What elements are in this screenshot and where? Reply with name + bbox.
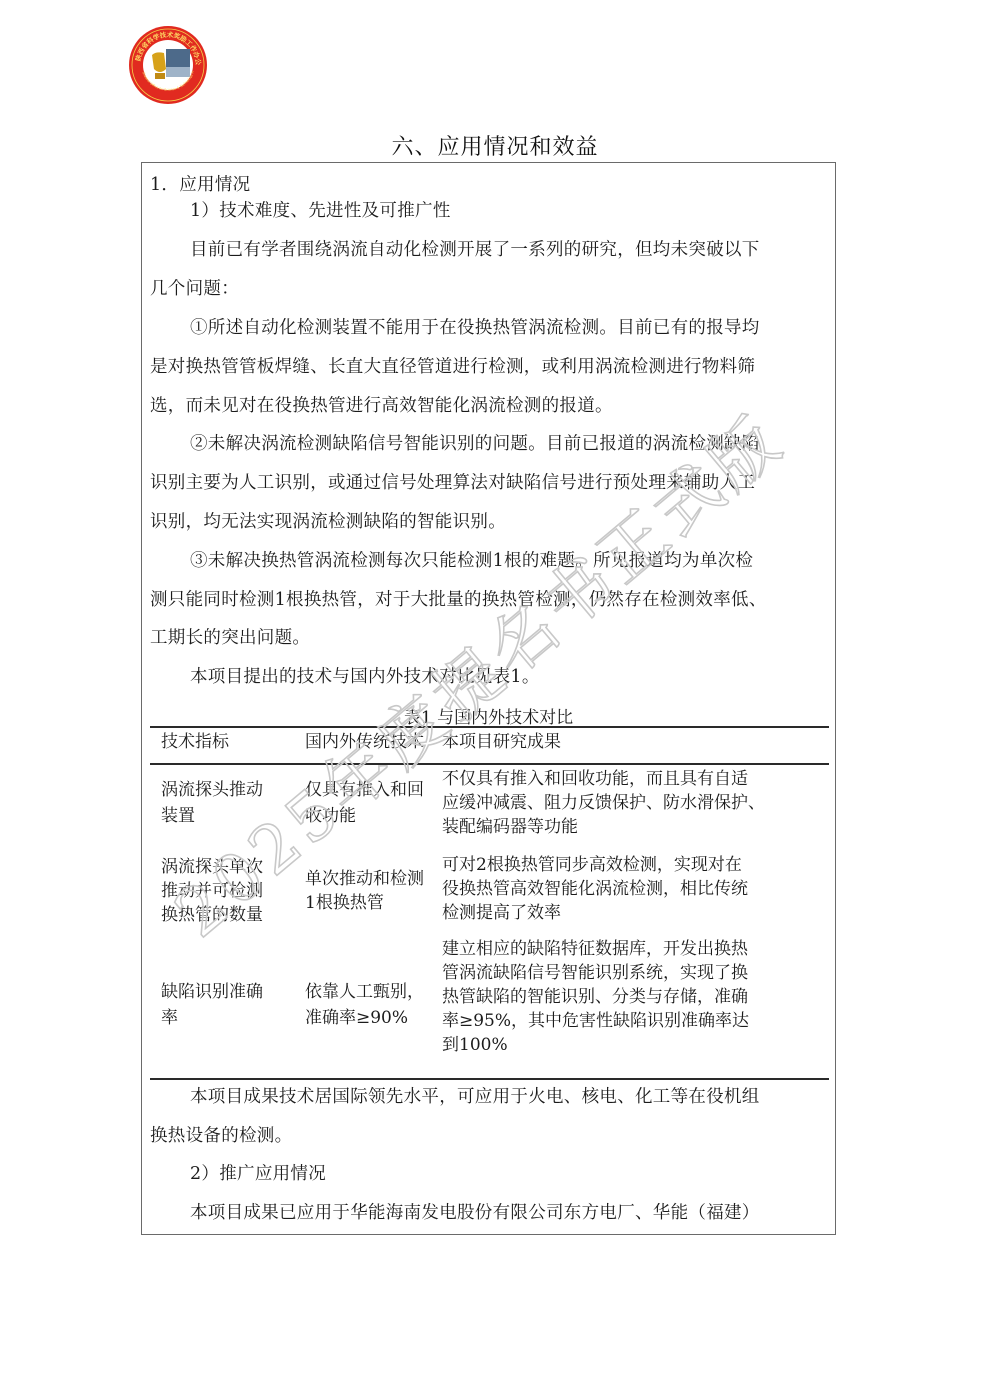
section-heading: 1．应用情况 (150, 171, 250, 196)
table-bottom-rule (150, 1078, 829, 1080)
award-office-seal-logo: 陕西省科学技术奖励工作办公室 Shaanxi Office for Scienc… (128, 25, 208, 105)
page-title: 六、应用情况和效益 (0, 130, 990, 161)
cell-result-line: 建立相应的缺陷特征数据库，开发出换热 (442, 937, 749, 961)
table-header-indicator: 技术指标 (161, 730, 229, 754)
cell-result-line: 率≥95%，其中危害性缺陷识别准确率达 (442, 1009, 749, 1033)
paragraph-line: 换热设备的检测。 (150, 1122, 292, 1147)
paragraph-line: 选，而未见对在役换热管进行高效智能化涡流检测的报道。 (150, 392, 613, 417)
cell-result-line: 检测提高了效率 (442, 901, 748, 925)
table-header-result: 本项目研究成果 (442, 730, 561, 754)
cell-traditional-line: 收功能 (305, 804, 424, 828)
cell-indicator-line: 换热管的数量 (161, 903, 263, 927)
cell-indicator-line: 推动并可检测 (161, 879, 263, 903)
cell-result-line: 应缓冲减震、阻力反馈保护、防水滑保护、 (442, 791, 765, 815)
paragraph-line: 识别，均无法实现涡流检测缺陷的智能识别。 (150, 508, 506, 533)
paragraph-line: 识别主要为人工识别，或通过信号处理算法对缺陷信号进行预处理来辅助人工 (150, 469, 755, 494)
paragraph-line: 本项目成果技术居国际领先水平，可应用于火电、核电、化工等在役机组 (190, 1083, 760, 1108)
paragraph-line: ③未解决换热管涡流检测每次只能检测1根的难题。所见报道均为单次检 (190, 547, 753, 572)
subsection-heading-1: 1）技术难度、先进性及可推广性 (190, 197, 451, 222)
paragraph-line: 工期长的突出问题。 (150, 624, 310, 649)
paragraph-line: 测只能同时检测1根换热管，对于大批量的换热管检测，仍然存在检测效率低、 (150, 586, 767, 611)
cell-result-line: 可对2根换热管同步高效检测，实现对在 (442, 853, 748, 877)
cell-indicator-line: 缺陷识别准确 (161, 980, 263, 1004)
cell-indicator-line: 涡流探头推动 (161, 778, 263, 802)
cell-result-line: 役换热管高效智能化涡流检测，相比传统 (442, 877, 748, 901)
cell-result-line: 管涡流缺陷信号智能识别系统，实现了换 (442, 961, 749, 985)
cell-result-line: 到100% (442, 1033, 749, 1057)
cell-indicator-line: 装置 (161, 804, 263, 828)
content-frame: 1．应用情况 1）技术难度、先进性及可推广性 目前已有学者围绕涡流自动化检测开展… (141, 162, 836, 1235)
seal-icon: 陕西省科学技术奖励工作办公室 Shaanxi Office for Scienc… (128, 25, 208, 105)
paragraph-line: 本项目提出的技术与国内外技术对比见表1。 (190, 663, 540, 688)
paragraph-line: 几个问题： (150, 275, 239, 300)
cell-traditional-line: 单次推动和检测 (305, 867, 424, 891)
cell-indicator-line: 涡流探头单次 (161, 855, 263, 879)
cell-result-line: 热管缺陷的智能识别、分类与存储，准确 (442, 985, 749, 1009)
cell-traditional-line: 准确率≥90% (305, 1006, 424, 1030)
paragraph-line: ①所述自动化检测装置不能用于在役换热管涡流检测。目前已有的报导均 (190, 314, 760, 339)
cell-result-line: 不仅具有推入和回收功能，而且具有自适 (442, 767, 765, 791)
subsection-heading-2: 2）推广应用情况 (190, 1160, 326, 1185)
cell-traditional-line: 依靠人工甄别， (305, 980, 424, 1004)
table-header-rule (150, 763, 829, 765)
cell-traditional-line: 1根换热管 (305, 891, 424, 915)
paragraph-line: 本项目成果已应用于华能海南发电股份有限公司东方电厂、华能（福建） (190, 1199, 760, 1224)
paragraph-line: 目前已有学者围绕涡流自动化检测开展了一系列的研究，但均未突破以下 (190, 236, 760, 261)
paragraph-line: ②未解决涡流检测缺陷信号智能识别的问题。目前已报道的涡流检测缺陷 (190, 430, 760, 455)
paragraph-line: 是对换热管管板焊缝、长直大直径管道进行检测，或利用涡流检测进行物料筛 (150, 353, 755, 378)
cell-result-line: 装配编码器等功能 (442, 815, 765, 839)
table-header-traditional: 国内外传统技术 (305, 730, 424, 754)
cell-indicator-line: 率 (161, 1006, 263, 1030)
table-caption: 表1 与国内外技术对比 (142, 703, 835, 728)
table-top-rule (150, 726, 829, 728)
cell-traditional-line: 仅具有推入和回 (305, 778, 424, 802)
